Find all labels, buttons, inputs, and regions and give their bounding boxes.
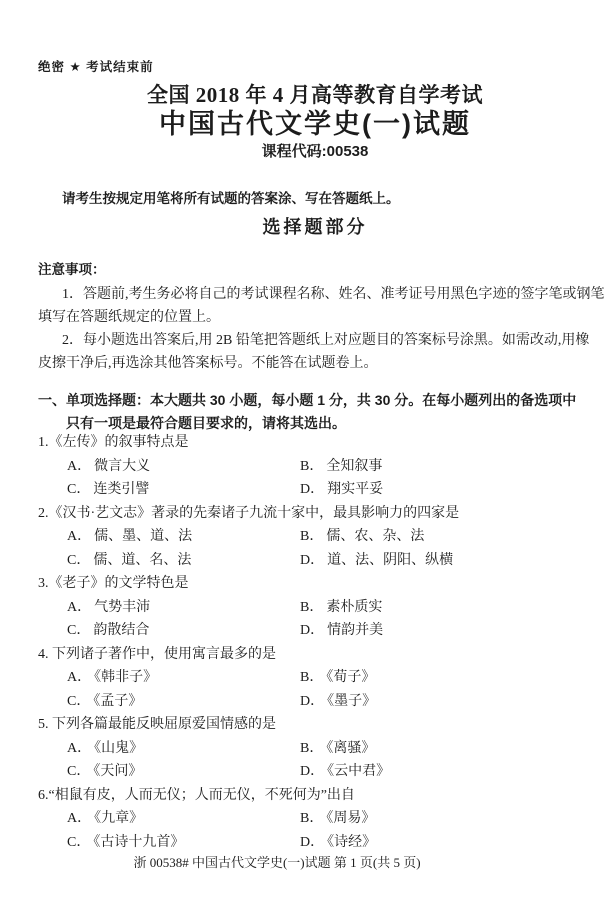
option-text: 《墨子》: [327, 694, 376, 709]
question-4-options-row-2: C．《孟子》D．《墨子》: [38, 690, 600, 714]
notice-item-1-line-1: 1．答题前,考生务必将自己的考试课程名称、姓名、准考证号用黑色字迹的签字笔或钢笔: [38, 283, 590, 306]
option-letter: D．: [300, 623, 324, 638]
question-2: 2.《汉书·艺文志》著录的先秦诸子九流十家中，最具影响力的四家是A．儒、墨、道、…: [38, 502, 600, 573]
question-3-text: 3.《老子》的文学特色是: [38, 572, 600, 596]
security-classification-label: 绝密 ★ 考试结束前: [38, 57, 154, 75]
option-letter: D．: [300, 694, 324, 709]
question-2-option-c: C．儒、道、名、法: [67, 549, 300, 573]
option-text: 情韵并美: [327, 623, 383, 638]
question-6: 6.“相鼠有皮，人而无仪；人而无仪，不死何为”出自A．《九章》B．《周易》C．《…: [38, 784, 600, 855]
option-letter: C．: [67, 835, 90, 850]
option-letter: A．: [67, 741, 91, 756]
option-text: 儒、道、名、法: [93, 553, 191, 568]
option-letter: D．: [300, 482, 324, 497]
question-6-option-a: A．《九章》: [67, 807, 300, 831]
option-text: 《荀子》: [326, 670, 375, 685]
answer-sheet-instruction: 请考生按规定用笔将所有试题的答案涂、写在答题纸上。: [62, 190, 400, 207]
option-text: 《韩非子》: [94, 670, 157, 685]
question-1-option-d: D．翔实平妥: [300, 478, 383, 502]
part-one-heading: 一、单项选择题：本大题共 30 小题，每小题 1 分，共 30 分。在每小题列出…: [38, 389, 600, 435]
option-letter: B．: [300, 741, 323, 756]
option-letter: B．: [300, 811, 323, 826]
option-text: 《九章》: [94, 811, 143, 826]
question-4-options-row-1: A．《韩非子》B．《荀子》: [38, 666, 600, 690]
option-letter: B．: [300, 600, 323, 615]
option-text: 《古诗十九首》: [93, 835, 184, 850]
question-5-options-row-2: C．《天问》D．《云中君》: [38, 760, 600, 784]
question-3-options-row-1: A．气势丰沛B．素朴质实: [38, 596, 600, 620]
question-list: 1.《左传》的叙事特点是A．微言大义B．全知叙事C．连类引譬D．翔实平妥2.《汉…: [38, 431, 600, 854]
question-5-option-a: A．《山鬼》: [67, 737, 300, 761]
question-2-text: 2.《汉书·艺文志》著录的先秦诸子九流十家中，最具影响力的四家是: [38, 502, 600, 526]
option-text: 素朴质实: [326, 600, 382, 615]
option-letter: C．: [67, 553, 90, 568]
question-5-text: 5. 下列各篇最能反映屈原爱国情感的是: [38, 713, 600, 737]
option-letter: A．: [67, 600, 91, 615]
option-text: 《周易》: [326, 811, 375, 826]
option-text: 微言大义: [94, 459, 150, 474]
question-5-option-b: B．《离骚》: [300, 737, 375, 761]
option-letter: B．: [300, 670, 323, 685]
question-4-option-b: B．《荀子》: [300, 666, 375, 690]
option-letter: D．: [300, 764, 324, 779]
question-3-options-row-2: C．韵散结合D．情韵并美: [38, 619, 600, 643]
question-1-options-row-1: A．微言大义B．全知叙事: [38, 455, 600, 479]
notice-items: 1．答题前,考生务必将自己的考试课程名称、姓名、准考证号用黑色字迹的签字笔或钢笔…: [38, 283, 590, 375]
notice-item-2-line-1: 2．每小题选出答案后,用 2B 铅笔把答题纸上对应题目的答案标号涂黑。如需改动,…: [38, 329, 590, 352]
notice-item-1-line-2: 填写在答题纸规定的位置上。: [38, 306, 590, 329]
option-text: 气势丰沛: [94, 600, 150, 615]
option-text: 翔实平妥: [327, 482, 383, 497]
question-3-option-c: C．韵散结合: [67, 619, 300, 643]
option-text: 《云中君》: [327, 764, 390, 779]
option-text: 全知叙事: [326, 459, 382, 474]
option-text: 儒、农、杂、法: [326, 529, 424, 544]
option-text: 《孟子》: [93, 694, 142, 709]
option-letter: A．: [67, 459, 91, 474]
option-text: 《山鬼》: [94, 741, 143, 756]
question-1-option-b: B．全知叙事: [300, 455, 382, 479]
option-text: 连类引譬: [93, 482, 149, 497]
question-5-option-d: D．《云中君》: [300, 760, 390, 784]
question-1-options-row-2: C．连类引譬D．翔实平妥: [38, 478, 600, 502]
option-text: 韵散结合: [93, 623, 149, 638]
option-text: 《诗经》: [327, 835, 376, 850]
question-4-text: 4. 下列诸子著作中，使用寓言最多的是: [38, 643, 600, 667]
exam-paper-page: 绝密 ★ 考试结束前 全国 2018 年 4 月高等教育自学考试 中国古代文学史…: [0, 0, 614, 921]
option-letter: C．: [67, 694, 90, 709]
question-4-option-a: A．《韩非子》: [67, 666, 300, 690]
question-3-option-d: D．情韵并美: [300, 619, 383, 643]
option-text: 《天问》: [93, 764, 142, 779]
option-letter: C．: [67, 623, 90, 638]
question-2-options-row-1: A．儒、墨、道、法B．儒、农、杂、法: [38, 525, 600, 549]
option-letter: B．: [300, 459, 323, 474]
page-footer: 浙 00538# 中国古代文学史(一)试题 第 1 页(共 5 页): [0, 851, 584, 874]
option-text: 道、法、阴阳、纵横: [327, 553, 453, 568]
option-letter: C．: [67, 764, 90, 779]
notice-label: 注意事项：: [38, 261, 106, 278]
question-1-option-a: A．微言大义: [67, 455, 300, 479]
question-3: 3.《老子》的文学特色是A．气势丰沛B．素朴质实C．韵散结合D．情韵并美: [38, 572, 600, 643]
question-4: 4. 下列诸子著作中，使用寓言最多的是A．《韩非子》B．《荀子》C．《孟子》D．…: [38, 643, 600, 714]
question-2-option-b: B．儒、农、杂、法: [300, 525, 424, 549]
option-letter: A．: [67, 811, 91, 826]
question-4-option-c: C．《孟子》: [67, 690, 300, 714]
question-6-text: 6.“相鼠有皮，人而无仪；人而无仪，不死何为”出自: [38, 784, 600, 808]
option-text: 《离骚》: [326, 741, 375, 756]
question-6-options-row-1: A．《九章》B．《周易》: [38, 807, 600, 831]
question-5-options-row-1: A．《山鬼》B．《离骚》: [38, 737, 600, 761]
question-2-option-d: D．道、法、阴阳、纵横: [300, 549, 453, 573]
question-5-option-c: C．《天问》: [67, 760, 300, 784]
question-3-option-b: B．素朴质实: [300, 596, 382, 620]
exam-session-title: 全国 2018 年 4 月高等教育自学考试: [8, 82, 614, 108]
course-code: 课程代码:00538: [8, 141, 614, 162]
question-3-option-a: A．气势丰沛: [67, 596, 300, 620]
exam-subject-title: 中国古代文学史(一)试题: [8, 108, 614, 141]
option-letter: C．: [67, 482, 90, 497]
notice-item-2-line-2: 皮擦干净后,再选涂其他答案标号。不能答在试题卷上。: [38, 352, 590, 375]
question-2-option-a: A．儒、墨、道、法: [67, 525, 300, 549]
option-letter: D．: [300, 553, 324, 568]
question-4-option-d: D．《墨子》: [300, 690, 376, 714]
title-block: 全国 2018 年 4 月高等教育自学考试 中国古代文学史(一)试题 课程代码:…: [8, 82, 614, 162]
option-text: 儒、墨、道、法: [94, 529, 192, 544]
section-title: 选择题部分: [8, 216, 614, 238]
part-one-heading-line1: 一、单项选择题：本大题共 30 小题，每小题 1 分，共 30 分。在每小题列出…: [38, 389, 600, 412]
question-5: 5. 下列各篇最能反映屈原爱国情感的是A．《山鬼》B．《离骚》C．《天问》D．《…: [38, 713, 600, 784]
question-1-option-c: C．连类引譬: [67, 478, 300, 502]
question-1: 1.《左传》的叙事特点是A．微言大义B．全知叙事C．连类引譬D．翔实平妥: [38, 431, 600, 502]
option-letter: D．: [300, 835, 324, 850]
option-letter: B．: [300, 529, 323, 544]
question-6-option-b: B．《周易》: [300, 807, 375, 831]
option-letter: A．: [67, 670, 91, 685]
question-1-text: 1.《左传》的叙事特点是: [38, 431, 600, 455]
option-letter: A．: [67, 529, 91, 544]
question-2-options-row-2: C．儒、道、名、法D．道、法、阴阳、纵横: [38, 549, 600, 573]
